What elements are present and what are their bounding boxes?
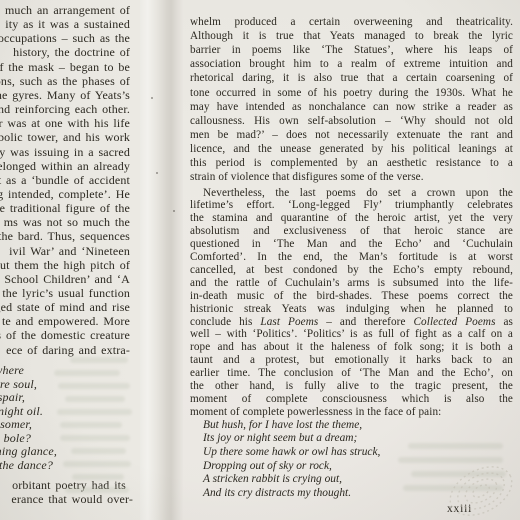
text-segment: – and therefore [318, 316, 413, 328]
text-line: and reinforcing each other. [0, 103, 130, 116]
italic-text: Collected Poems [414, 316, 496, 328]
showthrough-line [65, 396, 125, 402]
text-line: men be mad?’ – does not necessarily exte… [190, 129, 513, 142]
text-line: absolutism and exclusiveness of that her… [190, 225, 513, 238]
text-line: iry was issuing in a sacred [0, 146, 130, 159]
text-line: elonged within an already [0, 160, 130, 173]
poem-line: somer, [0, 418, 32, 431]
text-line: tone occurred in some of his poetry duri… [190, 87, 513, 100]
text-line: whelm produced a certain overweening and… [190, 16, 513, 29]
text-line: of the mask – began to be [0, 61, 130, 74]
text-line: strain of violence that disfigures some … [190, 171, 513, 184]
showthrough-line [65, 487, 129, 493]
showthrough-line [58, 383, 130, 389]
text-line: earlier time. The conclusion of ‘The Man… [190, 367, 513, 380]
poem-line: re soul, [0, 378, 37, 391]
text-line: questioned in ‘The Man and the Echo’ and… [190, 238, 513, 251]
showthrough-line [70, 357, 128, 363]
showthrough-line [71, 448, 126, 454]
text-line: taunt and a protest, but emotionally it … [190, 354, 513, 367]
text-line: rope and has about it the haleness of fo… [190, 341, 513, 354]
text-line: te and empowered. More [2, 315, 130, 328]
text-line: erance that would over- [11, 493, 133, 506]
left-page: much an arrangement ofity as it was a su… [0, 0, 140, 520]
showthrough-line [60, 435, 130, 441]
text-line: g intended, complete’. He [0, 188, 130, 201]
poem-line: dnight oil. [0, 405, 43, 418]
text-line: d the lyric’s usual function [0, 287, 130, 300]
text-line: der was at one with his life [0, 117, 130, 130]
text-line: well – with ‘Politics’. ‘Politics’ is as… [190, 328, 513, 341]
text-line: cancelled, at best condoned by the Echo’… [190, 264, 513, 277]
text-line: eoccupations – such as the [0, 32, 130, 45]
poem-line: n the dance? [0, 459, 53, 472]
text-line: ivil War’ and ‘Nineteen [9, 245, 130, 258]
text-line: moment of complete consciousness which i… [190, 393, 513, 406]
poem-line: But hush, for I have lost the theme, [203, 419, 362, 432]
text-line: the stamina and quarantine of the heroic… [190, 212, 513, 225]
text-line: rhetorical daring, it is also true that … [190, 72, 513, 85]
text-line: association brought him to a realm of ex… [190, 58, 513, 71]
text-line: tions, such as the phases of [0, 75, 130, 88]
showthrough-line [60, 422, 122, 428]
text-line: this period is complemented by an aesthe… [190, 157, 513, 170]
text-segment: conclude his [190, 316, 260, 328]
text-line: he traditional figure of the [0, 202, 130, 215]
showthrough-line [72, 474, 124, 480]
poem-line: Its joy or night seem but a dream; [203, 432, 357, 445]
poem-line: Dropping out of sky or rock, [203, 460, 332, 473]
text-line: ms was not so much the [4, 216, 130, 229]
text-line: the other hand, is fully alive to the tr… [190, 380, 513, 393]
gutter-shadow [140, 0, 183, 520]
text-line: moment of complete powerlessness in the … [190, 406, 513, 419]
text-line: s of the domestic creature [0, 329, 130, 342]
poem-line: Up there some hawk or owl has struck, [203, 446, 380, 459]
text-line: history, the doctrine of [13, 46, 130, 59]
italic-text: Last Poems [260, 316, 318, 328]
poem-line: A stricken rabbit is crying out, [203, 473, 342, 486]
text-line: lifetime’s effort. ‘Long-legged Fly’ tri… [190, 199, 513, 212]
text-segment: as [496, 316, 513, 328]
book-photo: much an arrangement ofity as it was a su… [0, 0, 520, 520]
poem-line: e bole? [0, 432, 31, 445]
text-line: histrionic streak Yeats was indulging wh… [190, 303, 513, 316]
text-line: much an arrangement of [5, 4, 130, 17]
poem-line: And its cry distracts my thought. [203, 487, 351, 500]
text-line: Nevertheless, the last poems do set a cr… [190, 187, 513, 200]
text-line: conclude his Last Poems – and therefore … [190, 316, 513, 329]
text-line: ece of daring and extra- [6, 344, 130, 357]
text-line: Although it is true that Yeats managed t… [190, 30, 513, 43]
text-line: f the bard. Thus, sequences [0, 230, 130, 243]
showthrough-line [57, 409, 132, 415]
text-line: mbolic tower, and his work [0, 131, 130, 144]
text-line: ity as it was a sustained [5, 18, 130, 31]
text-line: barrier in poems like ‘The Statues’, whe… [190, 44, 513, 57]
text-line: callousness. His own self-absolution – ‘… [190, 115, 513, 128]
text-line: and the rattle of Cuchulain’s arms is su… [190, 277, 513, 290]
showthrough-line [54, 370, 120, 376]
text-line: not as a ‘bundle of accident [0, 174, 130, 187]
text-line: eged state of mind and rise [0, 301, 130, 314]
text-line: may have intended as nonchalance can now… [190, 101, 513, 114]
poem-line: espair, [0, 391, 25, 404]
text-line: he gyres. Many of Yeats’s [0, 89, 130, 102]
text-line: Comforted’. In the end, the Man’s fortit… [190, 251, 513, 264]
poem-line: tening glance, [0, 445, 57, 458]
text-line: g School Children’ and ‘A [0, 273, 130, 286]
showthrough-line [63, 461, 131, 467]
text-line: in-death music of the bird-shades. These… [190, 290, 513, 303]
right-page: whelm produced a certain overweening and… [183, 0, 520, 520]
text-line: licence, and the unease generated by his… [190, 143, 513, 156]
seal-stamp-icon [441, 461, 520, 520]
showthrough-line [408, 443, 503, 449]
text-line: ut them the high pitch of [0, 259, 130, 272]
poem-line: where [0, 364, 24, 377]
